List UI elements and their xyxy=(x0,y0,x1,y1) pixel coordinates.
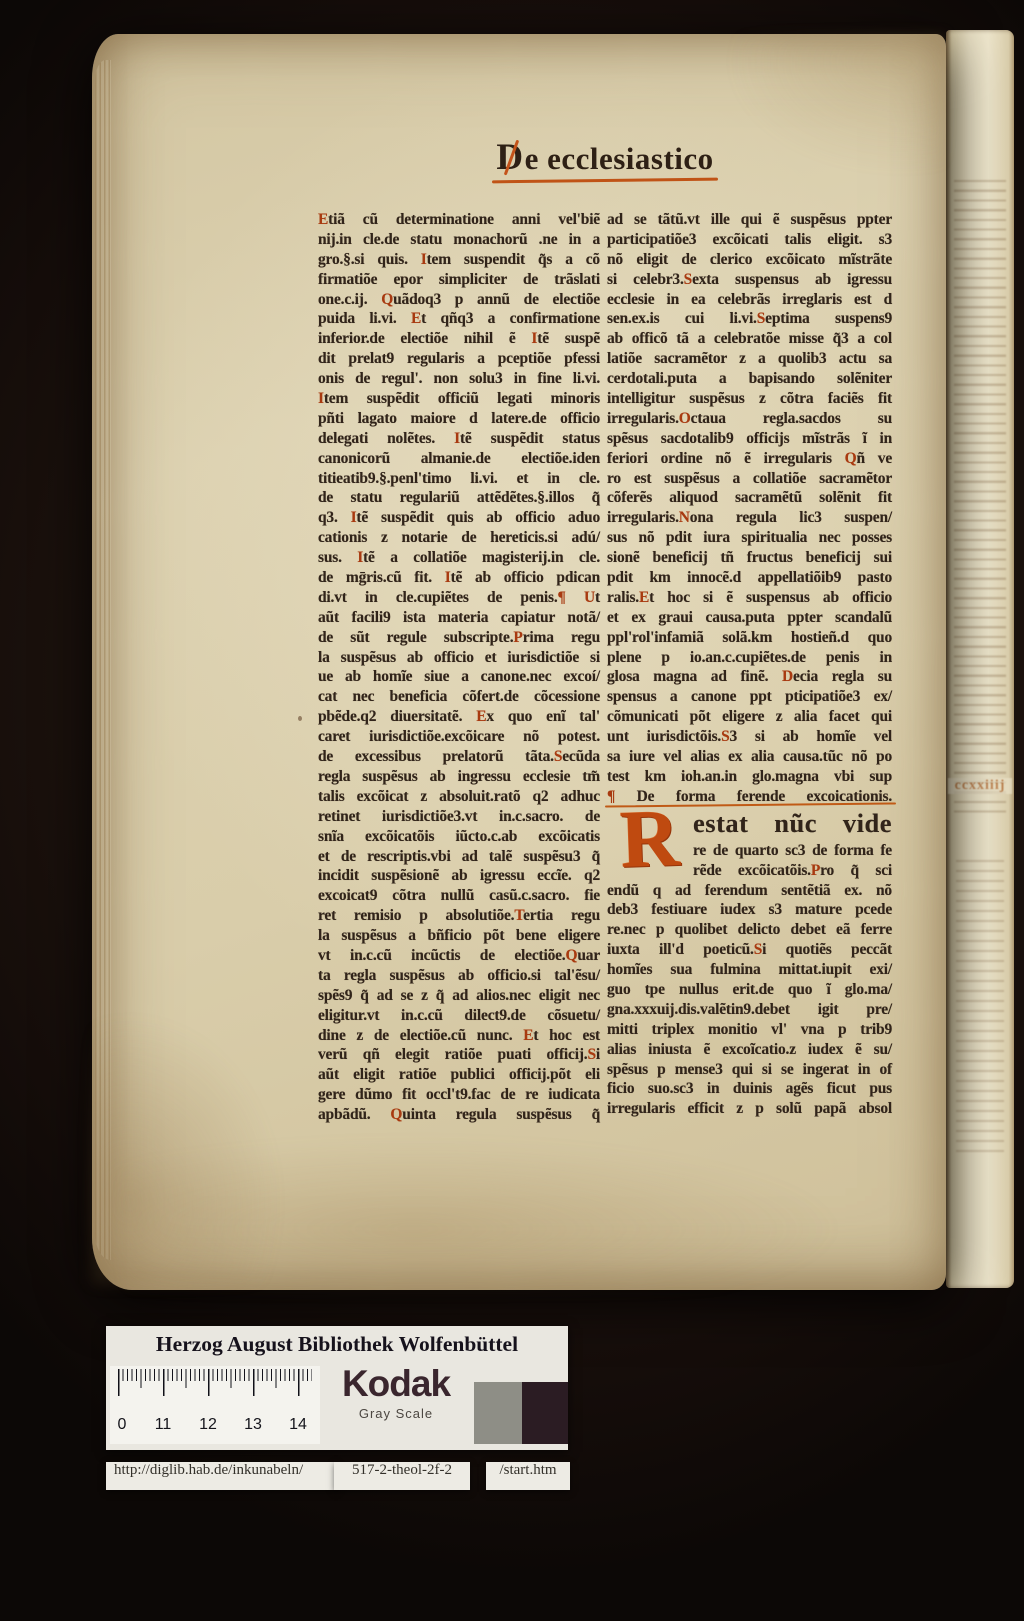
text-line: ue ab homĩe siue a canone.nec excoí/ xyxy=(318,667,600,687)
text-line: ralis.Et hoc si ẽ suspensus ab officio xyxy=(607,588,892,608)
text-line: cõferẽs aliquod sacramẽtũ solẽnit fit xyxy=(607,488,892,508)
text-line: guo tpe nullus erit.de quo ĩ glo.ma/ xyxy=(607,980,892,1000)
text-line: cerdotali.puta a bapisando solẽniter xyxy=(607,369,892,389)
text-line: la suspẽsus a bñficio põt bene eligere xyxy=(318,926,600,946)
text-line: puida li.vi. Et qñq3 a confirmatione xyxy=(318,309,600,329)
text-line: aũt facili9 ista materia capiatur notã/ xyxy=(318,608,600,628)
text-line: eligitur.vt in.c.cũ dilect9.de cõsuetu/ xyxy=(318,1006,600,1026)
right-column-upper: ad se tãtũ.vt ille qui ẽ suspẽsus ppterp… xyxy=(607,210,892,787)
library-name: Herzog August Bibliothek Wolfenbüttel xyxy=(106,1326,568,1357)
parchment-stain-corner xyxy=(92,1014,282,1284)
text-line: Item suspẽdit officiũ legati minoris xyxy=(318,389,600,409)
text-line: cationis z notarie de hereticis.si adú/ xyxy=(318,528,600,548)
text-line: di.vt in cle.cupiẽtes de penis.¶ Ut xyxy=(318,588,600,608)
text-line: de excessibus prelatorũ tãta.Secũda xyxy=(318,747,600,767)
shelfmark: 517-2-theol-2f-2 xyxy=(334,1462,470,1490)
ruler-number: 14 xyxy=(285,1416,311,1434)
text-line: et de rescriptis.vbi ad talẽ suspẽsu3 q̃ xyxy=(318,847,600,867)
ink-speck xyxy=(298,716,302,721)
text-line: pñti lagato maiore d latere.de officio xyxy=(318,409,600,429)
ghost-text-showthrough xyxy=(954,180,1006,820)
text-line: sus. Itẽ a collatiõe magisterij.in cle. xyxy=(318,548,600,568)
text-line: gro.§.si quis. Item suspendit q̃s a cõ xyxy=(318,250,600,270)
text-line: firmatiõe epor simpliciter de trãslati xyxy=(318,270,600,290)
text-line: irregularis.Nona regula lic3 suspen/ xyxy=(607,508,892,528)
text-line: nij.in cle.de statu monachorũ .ne in a xyxy=(318,230,600,250)
text-line: et ex graui causa.puta ppter scandalũ xyxy=(607,608,892,628)
text-line: gere dũmo fit occl't9.fac de re iudicata xyxy=(318,1085,600,1105)
kodak-block: Kodak Gray Scale xyxy=(320,1364,472,1421)
dark-patch xyxy=(522,1382,568,1444)
text-line: cõmunicati põt eligere z alia facet qui xyxy=(607,707,892,727)
next-page-edge: ccxxiiij xyxy=(946,30,1014,1288)
kodak-logo: Kodak xyxy=(320,1364,472,1404)
text-line: dine z de electiõe.cũ nunc. Et hoc est xyxy=(318,1026,600,1046)
photo-backdrop: ccxxiiij De ecclesiastico Etiã cũ determ… xyxy=(0,0,1024,1621)
text-line: re.nec p quolibet delicto debet eã ferre xyxy=(607,920,892,940)
text-line: spẽs9 q̃ ad se z q̃ ad alios.nec eligit … xyxy=(318,986,600,1006)
text-line: incidit suspẽsionẽ ab igressu eccĩe. q2 xyxy=(318,866,600,886)
right-column-lower: endũ q ad ferendum sentẽtiã ex. nõdeb3 f… xyxy=(607,881,892,1120)
text-line: aũt eligit ratiõe publici officij.põt el… xyxy=(318,1065,600,1085)
text-line: q3. Itẽ suspẽdit quis ab officio aduo xyxy=(318,508,600,528)
text-line: irregularis.Octaua regla.sacdos su xyxy=(607,409,892,429)
book-page: De ecclesiastico Etiã cũ determinatione … xyxy=(92,34,946,1290)
text-line: sionẽ beneficij tñ fructus beneficij sui xyxy=(607,548,892,568)
gray-patch xyxy=(474,1382,522,1444)
text-line: feriori ordine nõ ẽ irregularis Qñ ve xyxy=(607,449,892,469)
text-line: gna.xxxuij.dis.valẽtin9.debet igit pre/ xyxy=(607,1000,892,1020)
text-line: canonicorũ almanie.de electiõe.iden xyxy=(318,449,600,469)
text-line: Etiã cũ determinatione anni vel'biẽ xyxy=(318,210,600,230)
text-line: regla suspẽsus ab ingressu ecclesie tm̃ xyxy=(318,767,600,787)
text-line: ta regla suspẽsus ab officio.si tal'ẽsu/ xyxy=(318,966,600,986)
ruler-number: 0 xyxy=(109,1416,135,1434)
text-line: retinet iurisdictiõe3.vt in.c.sacro. de xyxy=(318,807,600,827)
heading-initial: D xyxy=(496,136,523,179)
text-line: cat nec beneficia cõfert.de cõcessione xyxy=(318,687,600,707)
text-line: participatiõe3 excõicati talis eligit. s… xyxy=(607,230,892,250)
text-line: alias iniusta ẽ excoĩcatio.z iudex ẽ su/ xyxy=(607,1040,892,1060)
ruler-number: 11 xyxy=(150,1416,176,1434)
text-column-left: Etiã cũ determinatione anni vel'biẽnij.i… xyxy=(318,210,600,1125)
text-line: ppl'rol'infamiã solã.km hostieñ.d quo xyxy=(607,628,892,648)
text-line: homĩes sua fulmina mittat.iupit exi/ xyxy=(607,960,892,980)
text-line: mitti triplex monitio vl' vna p trib9 xyxy=(607,1020,892,1040)
text-line: spẽsus sacdotalib9 officijs mĩstrãs ĩ in xyxy=(607,429,892,449)
text-line: vt in.c.cũ incũctis de electiõe.Quar xyxy=(318,946,600,966)
text-line: dit prelat9 regularis a pceptiõe pfessi xyxy=(318,349,600,369)
text-line: irregularis efficit z p solũ papã absol xyxy=(607,1099,892,1119)
ghost-text-showthrough-lower xyxy=(956,860,1004,1160)
ruler-numbers: 011121314 xyxy=(118,1416,320,1436)
ruler-number: 13 xyxy=(240,1416,266,1434)
text-line: ad se tãtũ.vt ille qui ẽ suspẽsus ppter xyxy=(607,210,892,230)
text-line: plene p io.an.c.cupiẽtes.de penis in xyxy=(607,648,892,668)
text-line: caret iurisdictiõe.excõicare nõ potest. xyxy=(318,727,600,747)
text-line: sa iure vel alias ex alia causa.tũc nõ p… xyxy=(607,747,892,767)
text-line: snĩa excõicatõis iũcto.c.ab excõicatis xyxy=(318,827,600,847)
text-line: de mḡris.cũ fit. Itẽ ab officio pdican xyxy=(318,568,600,588)
text-line: pdit km innocẽ.d appellatiõib9 pasto xyxy=(607,568,892,588)
text-line: spẽsus p mense3 qui si se ingerat in of xyxy=(607,1060,892,1080)
text-line: latiõe sacramẽtor z a quolib3 actu sa xyxy=(607,349,892,369)
text-line: spensus a canone ppt pticipatiõe3 ex/ xyxy=(607,687,892,707)
ruler-number: 12 xyxy=(195,1416,221,1434)
text-line: ro est suspẽsus a collatiõe sacramẽtor xyxy=(607,469,892,489)
text-line: glosa magna ad finẽ. Decia regla su xyxy=(607,667,892,687)
ruler: 011121314 xyxy=(110,1366,320,1444)
restat-section: R estat nũc vide re de quarto sc3 de for… xyxy=(607,807,892,1119)
text-line: sus nõ pdit iura spiritualia nec posses xyxy=(607,528,892,548)
drop-cap-R: R xyxy=(606,805,694,880)
text-line: intelligitur suspẽsus z cõtra faciẽs fit xyxy=(607,389,892,409)
folio-number-ghost: ccxxiiij xyxy=(948,778,1012,794)
text-line: ab officõ tã a celebratõe misse q̃3 a co… xyxy=(607,329,892,349)
text-line: titieatib9.§.penl'timo li.vi. et in cle. xyxy=(318,469,600,489)
text-line: deb3 festiuare iudex s3 mature pcede xyxy=(607,900,892,920)
url-right: /start.htm xyxy=(486,1462,570,1490)
text-line: ret remisio p absolutiõe.Tertia regu xyxy=(318,906,600,926)
text-line: de statu regulariũ attẽdẽtes.§.illos q̃ xyxy=(318,488,600,508)
text-column-right: ad se tãtũ.vt ille qui ẽ suspẽsus ppterp… xyxy=(607,210,892,1119)
text-line: la suspẽsus ab officio et iurisdictiõe s… xyxy=(318,648,600,668)
url-left: http://diglib.hab.de/inkunabeln/ xyxy=(106,1462,338,1490)
text-line: apbãdũ. Quinta regula suspẽsus q̃ xyxy=(318,1105,600,1125)
text-line: de sũt regule subscripte.Prima regu xyxy=(318,628,600,648)
text-line: nõ eligit de clerico excõicato mĩstrãte xyxy=(607,250,892,270)
heading-text: De ecclesiastico xyxy=(496,136,713,179)
text-line: ficio suo.sc3 in duinis agẽs ficut pus xyxy=(607,1079,892,1099)
heading-rest: e ecclesiastico xyxy=(525,141,714,176)
text-line: excoicat9 cõtra nullũ casũ.c.sacro. fie xyxy=(318,886,600,906)
text-line: test km ioh.an.in glo.magna vbi sup xyxy=(607,767,892,787)
text-line: sen.ex.is cui li.vi.Septima suspens9 xyxy=(607,309,892,329)
text-line: verũ qñ elegit ratiõe puati officij.Si xyxy=(318,1045,600,1065)
text-line: delegati nolẽtes. Itẽ suspẽdit status xyxy=(318,429,600,449)
text-line: talis excõicat z absoluit.ratõ q2 adhuc xyxy=(318,787,600,807)
text-line: pbẽde.q2 diuersitatẽ. Ex quo enĩ tal' xyxy=(318,707,600,727)
text-line: iuxta ill'd poeticũ.Si quotiẽs peccãt xyxy=(607,940,892,960)
page-heading: De ecclesiastico xyxy=(318,136,892,179)
text-line: one.c.ij. Quãdoq3 p annũ de electiõe xyxy=(318,290,600,310)
text-line: unt iurisdictõis.S3 si ab homĩe vel xyxy=(607,727,892,747)
text-line: si celebr3.Sexta suspensus ab igressu xyxy=(607,270,892,290)
text-line: onis de regul'. non solu3 in fine li.vi. xyxy=(318,369,600,389)
text-line: inferior.de electiõe nihil ẽ Itẽ suspẽ xyxy=(318,329,600,349)
library-label-card: Herzog August Bibliothek Wolfenbüttel 01… xyxy=(106,1326,568,1450)
ruler-ticks xyxy=(118,1369,312,1396)
gray-scale-label: Gray Scale xyxy=(320,1406,472,1421)
text-line: ecclesie in ea celebrãs irreglaris est d xyxy=(607,290,892,310)
